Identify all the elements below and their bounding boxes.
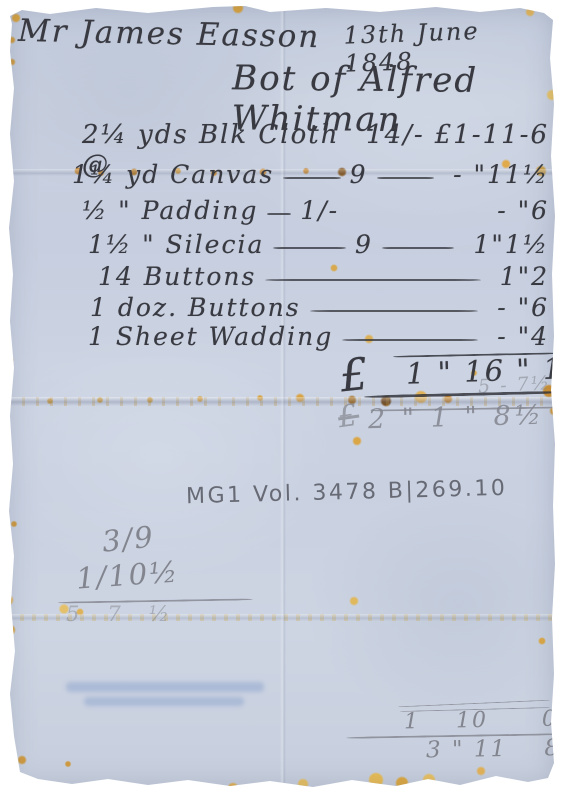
item-amount: - "4: [497, 322, 549, 351]
item-description: 1¼ yd Canvas: [72, 160, 274, 189]
side-calc-line2: 1/10½: [75, 554, 180, 595]
invoice-row: 1 Sheet Wadding - "4: [88, 322, 549, 351]
side-calc-line1: 3/9: [100, 519, 156, 558]
ruled-dash: [310, 310, 479, 312]
invoice-row: 14 Buttons 1"2: [98, 262, 549, 291]
ruled-dash: [382, 247, 455, 249]
ruled-dash: [283, 177, 341, 179]
total-pound-sign: £: [337, 349, 372, 403]
pencil-interline-amount: 5 - 7½: [477, 372, 551, 398]
faint-stamp-line: [66, 682, 264, 692]
item-rate: 1/-: [300, 196, 339, 225]
ruled-dash: [273, 247, 346, 249]
ruled-dash: [377, 177, 435, 179]
bottom-calc-row1: 1 10 0: [404, 707, 558, 735]
invoice-row: ½ " Padding 1/- - "6: [82, 196, 549, 225]
ruled-dash: [342, 339, 478, 341]
ruled-dash: [265, 279, 480, 281]
document-scan: Mr James Easson 13th June 1848 Bot of Al…: [8, 6, 555, 787]
item-description: ½ " Padding: [82, 196, 258, 225]
invoice-row: 1 doz. Buttons - "6: [90, 293, 549, 322]
item-description: 1½ " Silecia: [88, 230, 264, 259]
invoice-row: 1½ " Silecia 9 1"1½: [88, 230, 549, 259]
item-rate: 14/-: [366, 120, 425, 150]
item-description: 1 Sheet Wadding: [88, 322, 333, 351]
item-amount: - "11½: [453, 160, 549, 189]
pencil-grand-total: 2 " 1 " 8½: [368, 400, 546, 436]
bottom-calc-topline: [398, 700, 550, 708]
item-amount: 1"1½: [473, 230, 549, 259]
item-amount: - "6: [497, 196, 549, 225]
ruled-dash: [267, 213, 291, 215]
invoice-row: 1¼ yd Canvas 9 - "11½: [72, 160, 549, 189]
item-description: 1 doz. Buttons: [90, 293, 301, 322]
recipient-name: Mr James Easson: [18, 13, 321, 55]
item-amount: £1-11-6: [435, 120, 549, 150]
item-rate: 9: [355, 230, 373, 259]
archive-reference: MG1 Vol. 3478 B|269.10: [186, 476, 508, 509]
pencil-pound-scribble: £: [336, 398, 362, 436]
bottom-calc-row2: 3 " 11 8½: [426, 735, 563, 764]
item-rate: 9: [350, 160, 368, 189]
faint-stamp-line: [84, 697, 244, 706]
item-description: 14 Buttons: [98, 262, 256, 291]
item-amount: 1"2: [500, 262, 549, 291]
item-amount: - "6: [497, 293, 549, 322]
side-calc-result: 5 7 ½: [66, 602, 171, 626]
